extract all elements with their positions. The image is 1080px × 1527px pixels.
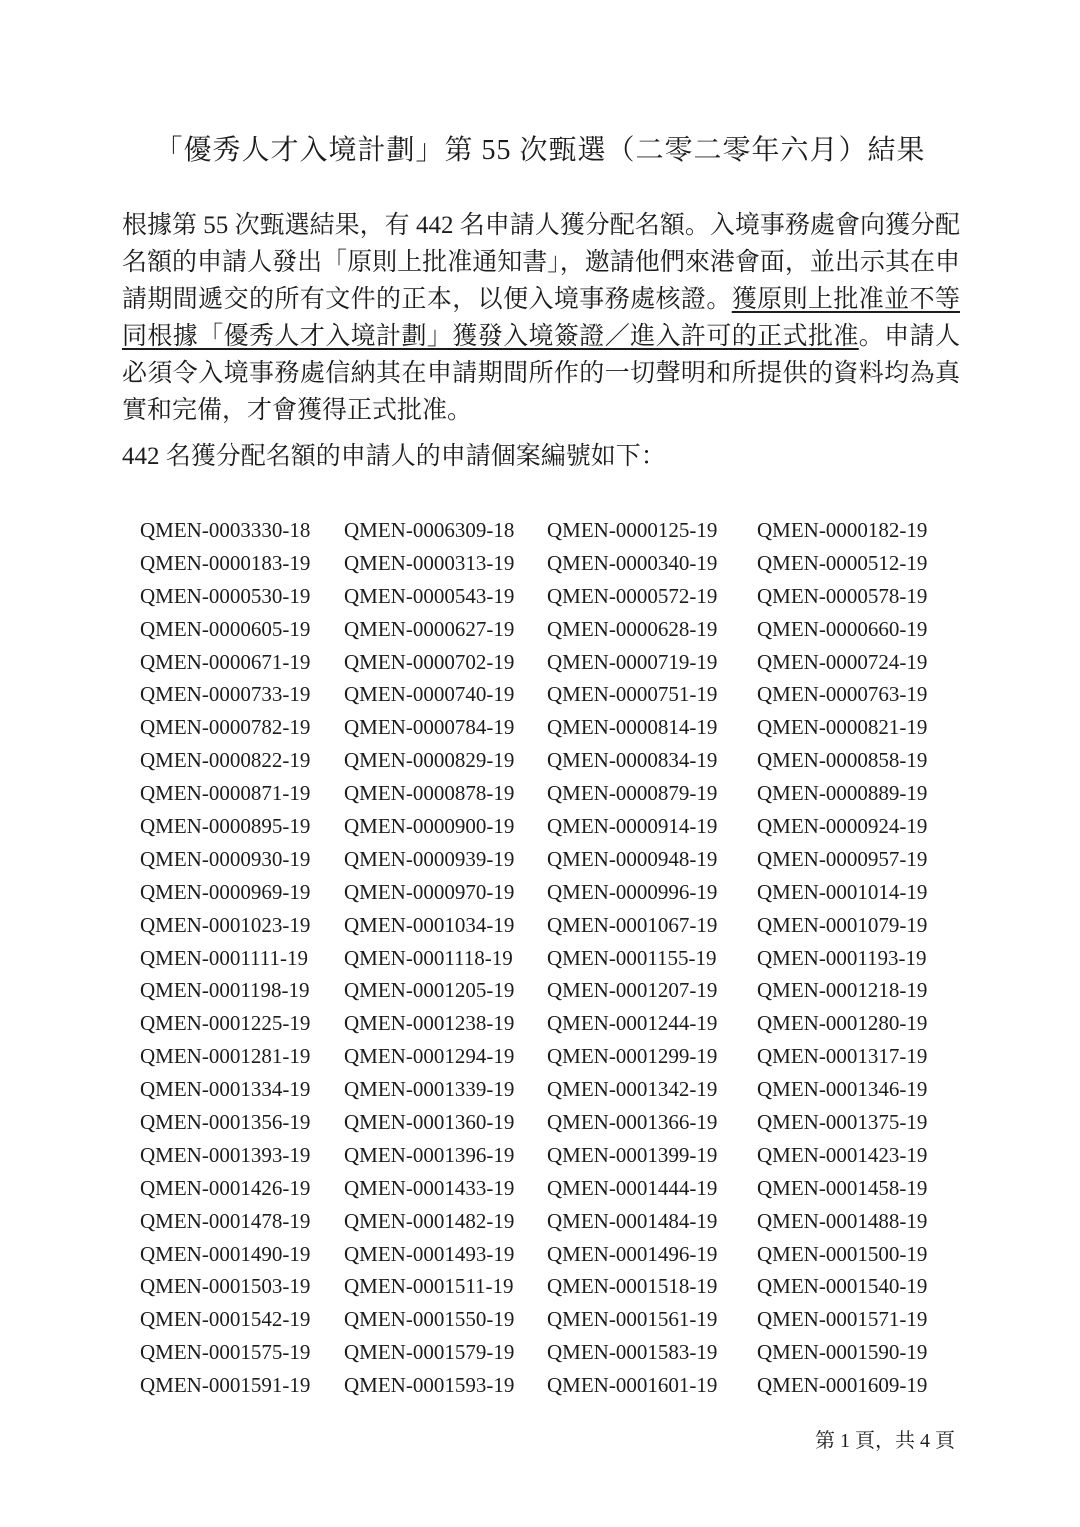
case-number: QMEN-0001034-19	[344, 913, 547, 938]
case-number: QMEN-0000751-19	[547, 682, 757, 707]
case-number: QMEN-0001433-19	[344, 1176, 547, 1201]
case-number-row: QMEN-0000782-19QMEN-0000784-19QMEN-00008…	[140, 711, 970, 744]
case-number-row: QMEN-0000183-19QMEN-0000313-19QMEN-00003…	[140, 547, 970, 580]
case-number: QMEN-0000939-19	[344, 847, 547, 872]
case-number: QMEN-0001601-19	[547, 1373, 757, 1398]
case-number: QMEN-0001482-19	[344, 1209, 547, 1234]
case-number: QMEN-0000889-19	[757, 781, 957, 806]
case-number: QMEN-0000900-19	[344, 814, 547, 839]
case-number: QMEN-0001375-19	[757, 1110, 957, 1135]
case-number: QMEN-0001490-19	[140, 1242, 344, 1267]
case-number-row: QMEN-0001426-19QMEN-0001433-19QMEN-00014…	[140, 1172, 970, 1205]
page-number-footer: 第 1 頁，共 4 頁	[815, 1424, 955, 1453]
case-number-row: QMEN-0001478-19QMEN-0001482-19QMEN-00014…	[140, 1205, 970, 1238]
case-number-row: QMEN-0001542-19QMEN-0001550-19QMEN-00015…	[140, 1303, 970, 1336]
case-number: QMEN-0001111-19	[140, 946, 344, 971]
case-number: QMEN-0001244-19	[547, 1011, 757, 1036]
case-number: QMEN-0001478-19	[140, 1209, 344, 1234]
case-number: QMEN-0001399-19	[547, 1143, 757, 1168]
case-number-row: QMEN-0000895-19QMEN-0000900-19QMEN-00009…	[140, 810, 970, 843]
case-number-row: QMEN-0000671-19QMEN-0000702-19QMEN-00007…	[140, 646, 970, 679]
case-number: QMEN-0000914-19	[547, 814, 757, 839]
case-number: QMEN-0000125-19	[547, 518, 757, 543]
case-number: QMEN-0000660-19	[757, 617, 957, 642]
case-number: QMEN-0001496-19	[547, 1242, 757, 1267]
case-number: QMEN-0000895-19	[140, 814, 344, 839]
case-number: QMEN-0000782-19	[140, 715, 344, 740]
case-number: QMEN-0001207-19	[547, 978, 757, 1003]
case-number: QMEN-0001575-19	[140, 1340, 344, 1365]
intro-paragraph: 根據第 55 次甄選結果，有 442 名申請人獲分配名額。入境事務處會向獲分配名…	[122, 207, 960, 429]
case-number: QMEN-0001118-19	[344, 946, 547, 971]
case-number: QMEN-0001590-19	[757, 1340, 957, 1365]
case-number: QMEN-0000719-19	[547, 650, 757, 675]
case-number: QMEN-0001542-19	[140, 1307, 344, 1332]
case-number-row: QMEN-0001334-19QMEN-0001339-19QMEN-00013…	[140, 1073, 970, 1106]
case-number-row: QMEN-0001023-19QMEN-0001034-19QMEN-00010…	[140, 909, 970, 942]
case-number: QMEN-0000578-19	[757, 584, 957, 609]
case-number: QMEN-0000702-19	[344, 650, 547, 675]
case-number-row: QMEN-0000605-19QMEN-0000627-19QMEN-00006…	[140, 613, 970, 646]
case-number: QMEN-0001561-19	[547, 1307, 757, 1332]
case-number: QMEN-0001579-19	[344, 1340, 547, 1365]
case-number: QMEN-0001540-19	[757, 1274, 957, 1299]
case-number: QMEN-0000930-19	[140, 847, 344, 872]
case-number: QMEN-0000605-19	[140, 617, 344, 642]
case-number-row: QMEN-0001198-19QMEN-0001205-19QMEN-00012…	[140, 974, 970, 1007]
case-list-intro: 442 名獲分配名額的申請人的申請個案編號如下：	[122, 440, 960, 474]
case-number: QMEN-0000183-19	[140, 551, 344, 576]
case-number: QMEN-0001079-19	[757, 913, 957, 938]
case-number: QMEN-0001484-19	[547, 1209, 757, 1234]
case-number: QMEN-0001299-19	[547, 1044, 757, 1069]
case-number: QMEN-0000671-19	[140, 650, 344, 675]
case-number: QMEN-0001583-19	[547, 1340, 757, 1365]
case-number: QMEN-0000821-19	[757, 715, 957, 740]
case-number: QMEN-0001339-19	[344, 1077, 547, 1102]
case-number: QMEN-0001426-19	[140, 1176, 344, 1201]
case-number-row: QMEN-0000969-19QMEN-0000970-19QMEN-00009…	[140, 876, 970, 909]
document-page: 「優秀人才入境計劃」第 55 次甄選（二零二零年六月）結果 根據第 55 次甄選…	[0, 0, 1080, 1527]
case-number: QMEN-0000512-19	[757, 551, 957, 576]
case-number: QMEN-0001444-19	[547, 1176, 757, 1201]
case-number: QMEN-0001294-19	[344, 1044, 547, 1069]
case-number: QMEN-0000858-19	[757, 748, 957, 773]
case-number: QMEN-0001225-19	[140, 1011, 344, 1036]
case-number: QMEN-0000530-19	[140, 584, 344, 609]
case-number: QMEN-0000313-19	[344, 551, 547, 576]
case-number: QMEN-0001193-19	[757, 946, 957, 971]
case-number-row: QMEN-0001575-19QMEN-0001579-19QMEN-00015…	[140, 1336, 970, 1369]
case-number-table: QMEN-0003330-18QMEN-0006309-18QMEN-00001…	[140, 514, 970, 1402]
case-number-row: QMEN-0000930-19QMEN-0000939-19QMEN-00009…	[140, 843, 970, 876]
case-number: QMEN-0001393-19	[140, 1143, 344, 1168]
case-number: QMEN-0001518-19	[547, 1274, 757, 1299]
case-number: QMEN-0000724-19	[757, 650, 957, 675]
case-number: QMEN-0001366-19	[547, 1110, 757, 1135]
case-number: QMEN-0001281-19	[140, 1044, 344, 1069]
case-number: QMEN-0001346-19	[757, 1077, 957, 1102]
case-number: QMEN-0000834-19	[547, 748, 757, 773]
case-number: QMEN-0001396-19	[344, 1143, 547, 1168]
case-number: QMEN-0000878-19	[344, 781, 547, 806]
case-number: QMEN-0001198-19	[140, 978, 344, 1003]
case-number: QMEN-0006309-18	[344, 518, 547, 543]
case-number-row: QMEN-0000530-19QMEN-0000543-19QMEN-00005…	[140, 580, 970, 613]
case-number: QMEN-0001356-19	[140, 1110, 344, 1135]
case-number-row: QMEN-0001503-19QMEN-0001511-19QMEN-00015…	[140, 1270, 970, 1303]
case-number: QMEN-0000763-19	[757, 682, 957, 707]
case-number: QMEN-0000340-19	[547, 551, 757, 576]
case-number: QMEN-0001571-19	[757, 1307, 957, 1332]
case-number: QMEN-0001280-19	[757, 1011, 957, 1036]
case-number: QMEN-0001023-19	[140, 913, 344, 938]
case-number: QMEN-0000924-19	[757, 814, 957, 839]
case-number: QMEN-0000627-19	[344, 617, 547, 642]
case-number: QMEN-0001334-19	[140, 1077, 344, 1102]
case-number-row: QMEN-0001111-19QMEN-0001118-19QMEN-00011…	[140, 942, 970, 975]
case-number-row: QMEN-0001225-19QMEN-0001238-19QMEN-00012…	[140, 1007, 970, 1040]
case-number: QMEN-0000628-19	[547, 617, 757, 642]
case-number: QMEN-0001593-19	[344, 1373, 547, 1398]
case-number: QMEN-0000543-19	[344, 584, 547, 609]
case-number: QMEN-0003330-18	[140, 518, 344, 543]
case-number: QMEN-0001218-19	[757, 978, 957, 1003]
case-number-row: QMEN-0001591-19QMEN-0001593-19QMEN-00016…	[140, 1369, 970, 1402]
case-number: QMEN-0001014-19	[757, 880, 957, 905]
case-number: QMEN-0001488-19	[757, 1209, 957, 1234]
case-number-row: QMEN-0001393-19QMEN-0001396-19QMEN-00013…	[140, 1139, 970, 1172]
case-number: QMEN-0000822-19	[140, 748, 344, 773]
case-number: QMEN-0000829-19	[344, 748, 547, 773]
case-number: QMEN-0000879-19	[547, 781, 757, 806]
case-number: QMEN-0000969-19	[140, 880, 344, 905]
case-number-row: QMEN-0000733-19QMEN-0000740-19QMEN-00007…	[140, 678, 970, 711]
case-number: QMEN-0001205-19	[344, 978, 547, 1003]
case-number: QMEN-0000572-19	[547, 584, 757, 609]
case-number: QMEN-0001500-19	[757, 1242, 957, 1267]
case-number-row: QMEN-0003330-18QMEN-0006309-18QMEN-00001…	[140, 514, 970, 547]
page-title: 「優秀人才入境計劃」第 55 次甄選（二零二零年六月）結果	[0, 128, 1080, 168]
case-number: QMEN-0001317-19	[757, 1044, 957, 1069]
case-number: QMEN-0001423-19	[757, 1143, 957, 1168]
case-number: QMEN-0001503-19	[140, 1274, 344, 1299]
case-number-row: QMEN-0000822-19QMEN-0000829-19QMEN-00008…	[140, 744, 970, 777]
case-number: QMEN-0001458-19	[757, 1176, 957, 1201]
case-number: QMEN-0000814-19	[547, 715, 757, 740]
case-number: QMEN-0001550-19	[344, 1307, 547, 1332]
case-number-row: QMEN-0001490-19QMEN-0001493-19QMEN-00014…	[140, 1238, 970, 1271]
case-number-row: QMEN-0001281-19QMEN-0001294-19QMEN-00012…	[140, 1040, 970, 1073]
case-number: QMEN-0001360-19	[344, 1110, 547, 1135]
case-number: QMEN-0001238-19	[344, 1011, 547, 1036]
case-number-row: QMEN-0001356-19QMEN-0001360-19QMEN-00013…	[140, 1106, 970, 1139]
case-number: QMEN-0001493-19	[344, 1242, 547, 1267]
case-number-row: QMEN-0000871-19QMEN-0000878-19QMEN-00008…	[140, 777, 970, 810]
case-number: QMEN-0001155-19	[547, 946, 757, 971]
case-number: QMEN-0000970-19	[344, 880, 547, 905]
case-number: QMEN-0000740-19	[344, 682, 547, 707]
case-number: QMEN-0000948-19	[547, 847, 757, 872]
case-number: QMEN-0000733-19	[140, 682, 344, 707]
case-number: QMEN-0000957-19	[757, 847, 957, 872]
case-number: QMEN-0000871-19	[140, 781, 344, 806]
case-number: QMEN-0000182-19	[757, 518, 957, 543]
case-number: QMEN-0001342-19	[547, 1077, 757, 1102]
case-number: QMEN-0001609-19	[757, 1373, 957, 1398]
case-number: QMEN-0000784-19	[344, 715, 547, 740]
case-number: QMEN-0001511-19	[344, 1274, 547, 1299]
case-number: QMEN-0000996-19	[547, 880, 757, 905]
case-number: QMEN-0001067-19	[547, 913, 757, 938]
case-number: QMEN-0001591-19	[140, 1373, 344, 1398]
